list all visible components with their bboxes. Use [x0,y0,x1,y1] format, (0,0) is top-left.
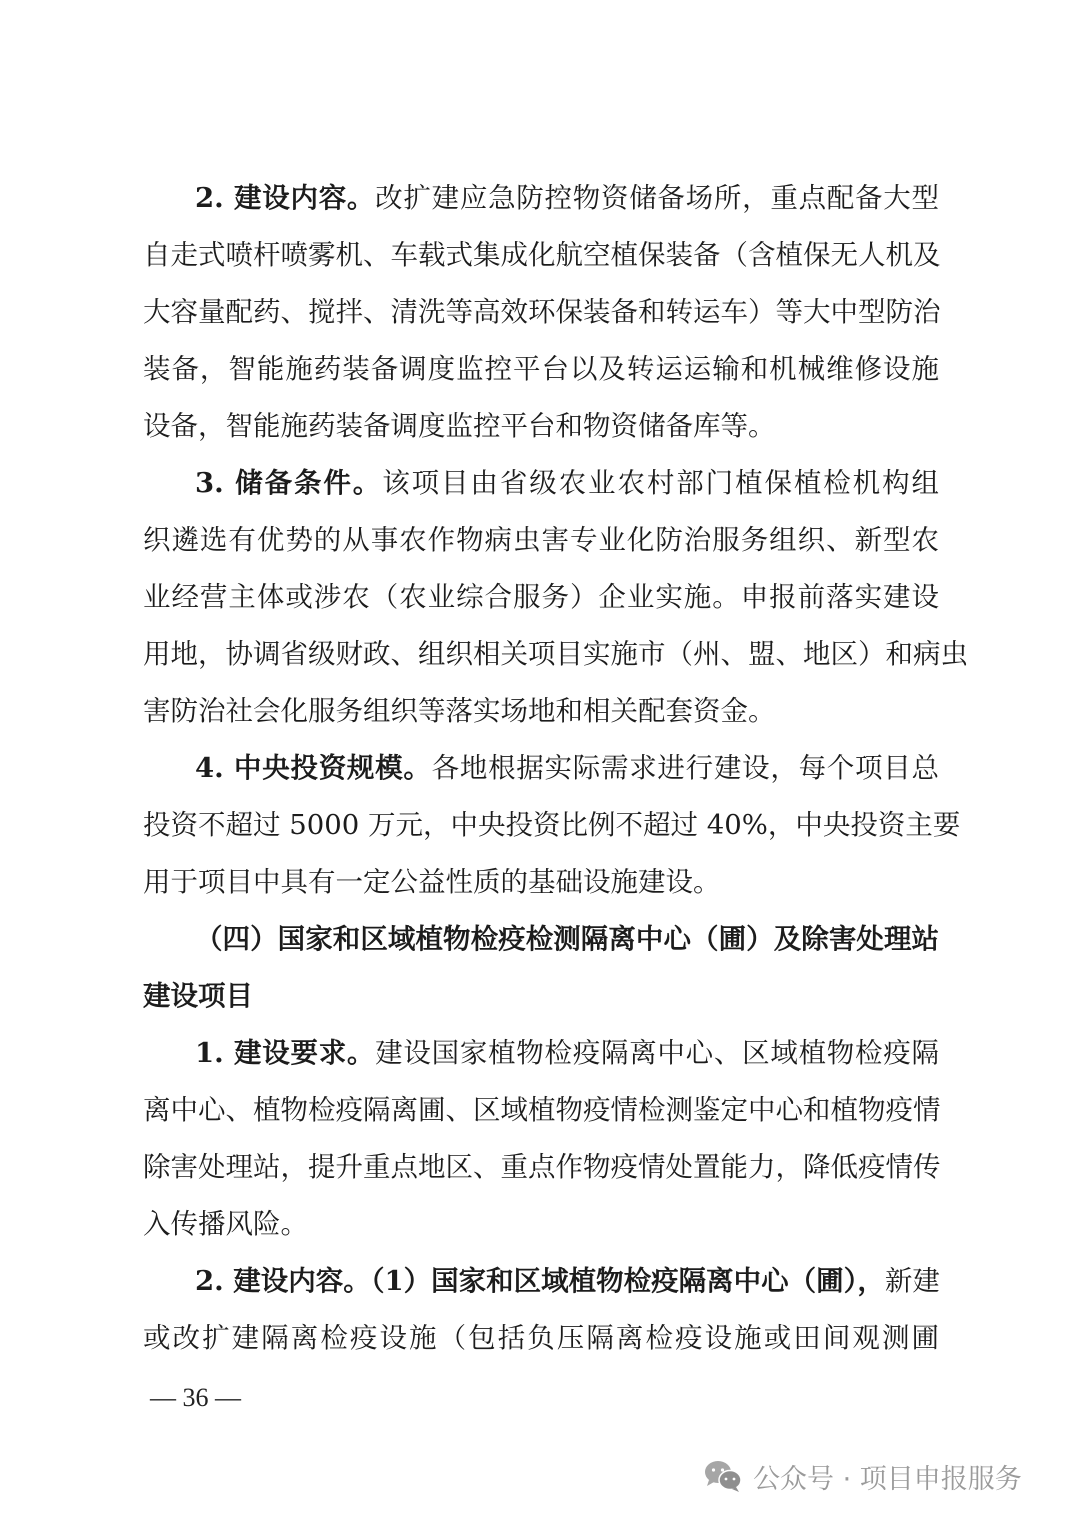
text-line: 大容量配药、搅拌、清洗等高效环保装备和转运车）等大中型防治 [143,292,939,332]
line-text: 改扩建应急防控物资储备场所，重点配备大型 [375,182,939,214]
line-text: 除害处理站，提升重点地区、重点作物疫情处置能力，降低疫情传 [143,1151,941,1183]
text-line: 业经营主体或涉农（农业综合服务）企业实施。申报前落实建设 [143,577,939,617]
text-line: 用地，协调省级财政、组织相关项目实施市（州、盟、地区）和病虫 [143,634,939,674]
text-line: 装备，智能施药装备调度监控平台以及转运运输和机械维修设施 [143,349,939,389]
line-text: 自走式喷杆喷雾机、车载式集成化航空植保装备（含植保无人机及 [143,239,941,271]
text-line: （四）国家和区域植物检疫检测隔离中心（圃）及除害处理站 [195,919,939,959]
document-page: 2. 建设内容。改扩建应急防控物资储备场所，重点配备大型自走式喷杆喷雾机、车载式… [0,0,1080,1527]
line-text: 该项目由省级农业农村部门植保植检机构组 [382,467,939,499]
bold-heading: 4. 中央投资规模。 [195,752,432,784]
text-line: 入传播风险。 [143,1204,939,1244]
wechat-watermark: 公众号 · 项目申报服务 [703,1456,1022,1496]
bold-heading: 2. 建设内容。（1）国家和区域植物检疫隔离中心（圃）， [195,1265,885,1297]
line-text: 业经营主体或涉农（农业综合服务）企业实施。申报前落实建设 [143,581,939,613]
text-line: 或改扩建隔离检疫设施（包括负压隔离检疫设施或田间观测圃 [143,1318,939,1358]
line-text: 新建 [885,1265,940,1297]
watermark-text: 公众号 · 项目申报服务 [753,1457,1022,1496]
text-line: 投资不超过 5000 万元，中央投资比例不超过 40%，中央投资主要 [143,805,939,845]
text-line: 自走式喷杆喷雾机、车载式集成化航空植保装备（含植保无人机及 [143,235,939,275]
line-text: 大容量配药、搅拌、清洗等高效环保装备和转运车）等大中型防治 [143,296,941,328]
line-text: 害防治社会化服务组织等落实场地和相关配套资金。 [143,695,776,727]
bold-heading: 3. 储备条件。 [195,467,382,499]
bold-heading: 2. 建设内容。 [195,182,375,214]
line-text: 建设国家植物检疫隔离中心、区域植物检疫隔 [375,1037,939,1069]
text-line: 建设项目 [143,976,939,1016]
text-line: 离中心、植物检疫隔离圃、区域植物疫情检测鉴定中心和植物疫情 [143,1090,939,1130]
line-text: 或改扩建隔离检疫设施（包括负压隔离检疫设施或田间观测圃 [143,1322,939,1354]
text-line: 2. 建设内容。（1）国家和区域植物检疫隔离中心（圃），新建 [195,1261,939,1301]
page-number: — 36 — [150,1378,241,1418]
text-line: 4. 中央投资规模。各地根据实际需求进行建设，每个项目总 [195,748,939,788]
line-text: 设备，智能施药装备调度监控平台和物资储备库等。 [143,410,776,442]
bold-heading: 1. 建设要求。 [195,1037,375,1069]
line-text: 入传播风险。 [143,1208,308,1240]
line-text: 用地，协调省级财政、组织相关项目实施市（州、盟、地区）和病虫 [143,638,968,670]
line-text: 各地根据实际需求进行建设，每个项目总 [432,752,939,784]
text-line: 除害处理站，提升重点地区、重点作物疫情处置能力，降低疫情传 [143,1147,939,1187]
text-line: 1. 建设要求。建设国家植物检疫隔离中心、区域植物检疫隔 [195,1033,939,1073]
bold-heading: （四）国家和区域植物检疫检测隔离中心（圃）及除害处理站 [195,923,939,955]
line-text: 投资不超过 5000 万元，中央投资比例不超过 40%，中央投资主要 [143,809,960,841]
text-line: 设备，智能施药装备调度监控平台和物资储备库等。 [143,406,939,446]
line-text: 用于项目中具有一定公益性质的基础设施建设。 [143,866,721,898]
line-text: 装备，智能施药装备调度监控平台以及转运运输和机械维修设施 [143,353,939,385]
line-text: 织遴选有优势的从事农作物病虫害专业化防治服务组织、新型农 [143,524,939,556]
text-line: 用于项目中具有一定公益性质的基础设施建设。 [143,862,939,902]
line-text: 离中心、植物检疫隔离圃、区域植物疫情检测鉴定中心和植物疫情 [143,1094,941,1126]
text-line: 害防治社会化服务组织等落实场地和相关配套资金。 [143,691,939,731]
text-line: 3. 储备条件。该项目由省级农业农村部门植保植检机构组 [195,463,939,503]
text-line: 织遴选有优势的从事农作物病虫害专业化防治服务组织、新型农 [143,520,939,560]
text-line: 2. 建设内容。改扩建应急防控物资储备场所，重点配备大型 [195,178,939,218]
wechat-icon [703,1459,743,1493]
bold-heading: 建设项目 [143,980,253,1012]
